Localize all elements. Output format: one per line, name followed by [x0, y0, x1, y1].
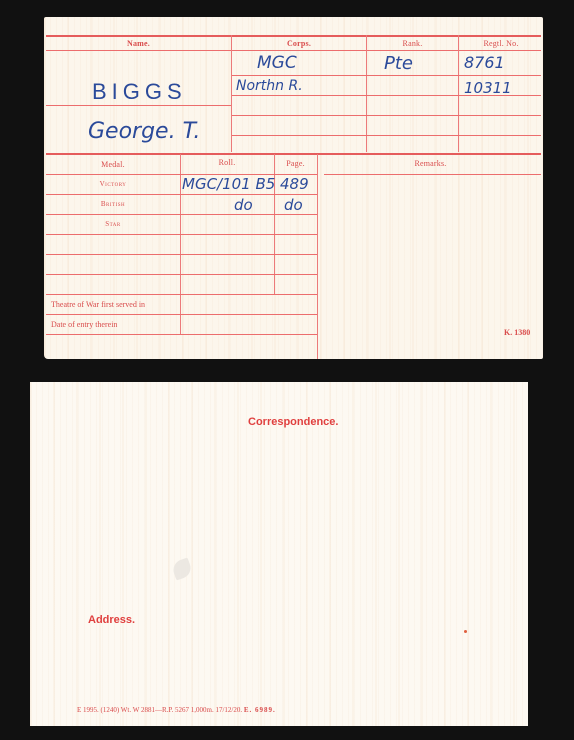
rule [46, 254, 317, 255]
medal-british: British [46, 200, 180, 208]
rank-header: Rank. [367, 39, 458, 48]
rule [46, 50, 541, 51]
print-footer-text: E 1995. (1240) Wt. W 2881—R.P. 5267 1,00… [77, 706, 242, 714]
victory-roll: MGC/101 B5 [182, 175, 275, 193]
rule [46, 234, 317, 235]
address-label: Address. [88, 614, 135, 626]
date-entry-label: Date of entry therein [51, 320, 117, 329]
print-footer: E 1995. (1240) Wt. W 2881—R.P. 5267 1,00… [77, 706, 276, 714]
divider [317, 154, 318, 359]
rule [324, 174, 541, 175]
rule [232, 135, 541, 136]
correspondence-label: Correspondence. [248, 416, 338, 428]
form-code: K. 1380 [504, 328, 530, 337]
forenames: George. T. [88, 119, 200, 144]
name-header: Name. [46, 39, 231, 48]
print-footer-code: E. 6989. [244, 706, 276, 714]
medal-card-back: Correspondence. Address. E 1995. (1240) … [30, 382, 528, 726]
remarks-header: Remarks. [318, 159, 543, 168]
medal-star: Star [46, 220, 180, 228]
corps-header: Corps. [232, 39, 366, 48]
watermark-leaf-icon [170, 557, 193, 580]
victory-page: 489 [280, 175, 309, 193]
rule [46, 294, 317, 295]
rule [46, 105, 231, 106]
ink-dot [464, 630, 467, 633]
divider [180, 154, 181, 334]
surname: BIGGS [92, 79, 187, 105]
page-header: Page. [274, 159, 317, 168]
roll-header: Roll. [180, 158, 274, 167]
rule [46, 35, 541, 37]
regtl-no-entry-1: 8761 [464, 53, 505, 72]
rule [46, 214, 317, 215]
rule [46, 314, 317, 315]
corps-entry-2: Northn R. [236, 78, 303, 94]
regtl-no-entry-2: 10311 [464, 79, 512, 97]
rule [46, 194, 317, 195]
theatre-label: Theatre of War first served in [51, 300, 145, 309]
medal-header: Medal. [46, 160, 180, 169]
medal-victory: Victory [46, 180, 180, 188]
british-page: do [284, 196, 303, 214]
british-roll: do [234, 196, 253, 214]
medal-card-front: Name. Corps. Rank. Regtl. No. BIGGS Geor… [44, 17, 543, 359]
regtl-no-header: Regtl. No. [459, 39, 543, 48]
corps-entry-1: MGC [257, 53, 297, 73]
rule [232, 75, 541, 76]
rule [46, 274, 317, 275]
rank-entry: Pte [384, 53, 413, 74]
rule [232, 115, 541, 116]
rule [46, 334, 317, 335]
section-divider [46, 153, 541, 155]
